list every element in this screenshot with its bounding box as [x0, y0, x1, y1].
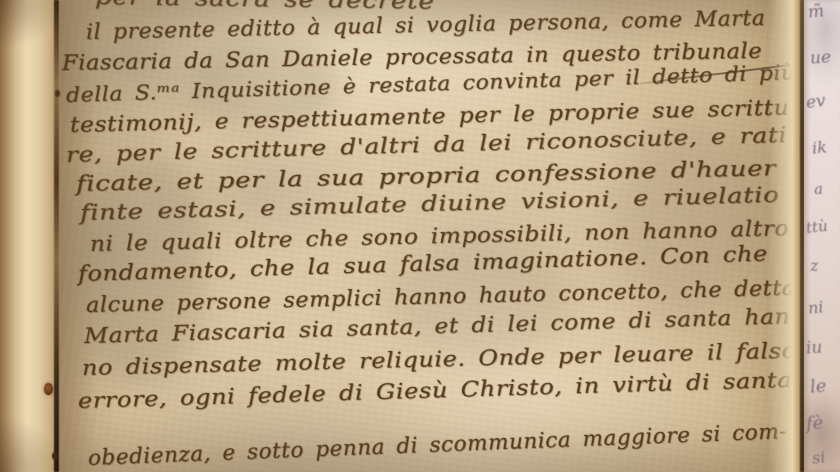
adjacent-page-text-fragment: le: [809, 375, 828, 398]
manuscript-page: per la sacra se decreteil presente editt…: [59, 0, 804, 472]
adjacent-page-text-fragment: fè: [805, 412, 824, 434]
adjacent-page-text-fragment: iu: [805, 337, 823, 358]
binding-speck: [52, 452, 58, 460]
book-gutter: [0, 0, 60, 472]
adjacent-page-text-fragment: z: [809, 256, 819, 276]
manuscript-line: obedienza, e sotto penna di scommunica m…: [88, 419, 788, 471]
manuscript-photo: per la sacra se decreteil presente editt…: [0, 0, 840, 472]
adjacent-page-text-fragment: si: [811, 447, 827, 467]
adjacent-page-text-fragment: m̃: [807, 1, 825, 23]
adjacent-page-text-fragment: a: [813, 180, 823, 199]
adjacent-page-text-fragment: ev: [805, 91, 827, 114]
adjacent-page-text-fragment: ue: [809, 47, 831, 68]
binding-speck: [55, 90, 60, 97]
adjacent-page-text-fragment: ttù: [805, 217, 829, 238]
binding-speck: [44, 383, 53, 395]
adjacent-page-text-fragment: ni: [807, 297, 824, 318]
manuscript-text: per la sacra se decreteil presente editt…: [59, 0, 804, 472]
adjacent-page: m̃ueevikattùzniiulefèsi: [804, 0, 840, 472]
adjacent-page-text-fragment: ik: [811, 137, 827, 157]
manuscript-line: per la sacra se decrete: [95, 0, 435, 15]
gutter-seam: [54, 0, 59, 472]
page-edge: [768, 0, 804, 472]
